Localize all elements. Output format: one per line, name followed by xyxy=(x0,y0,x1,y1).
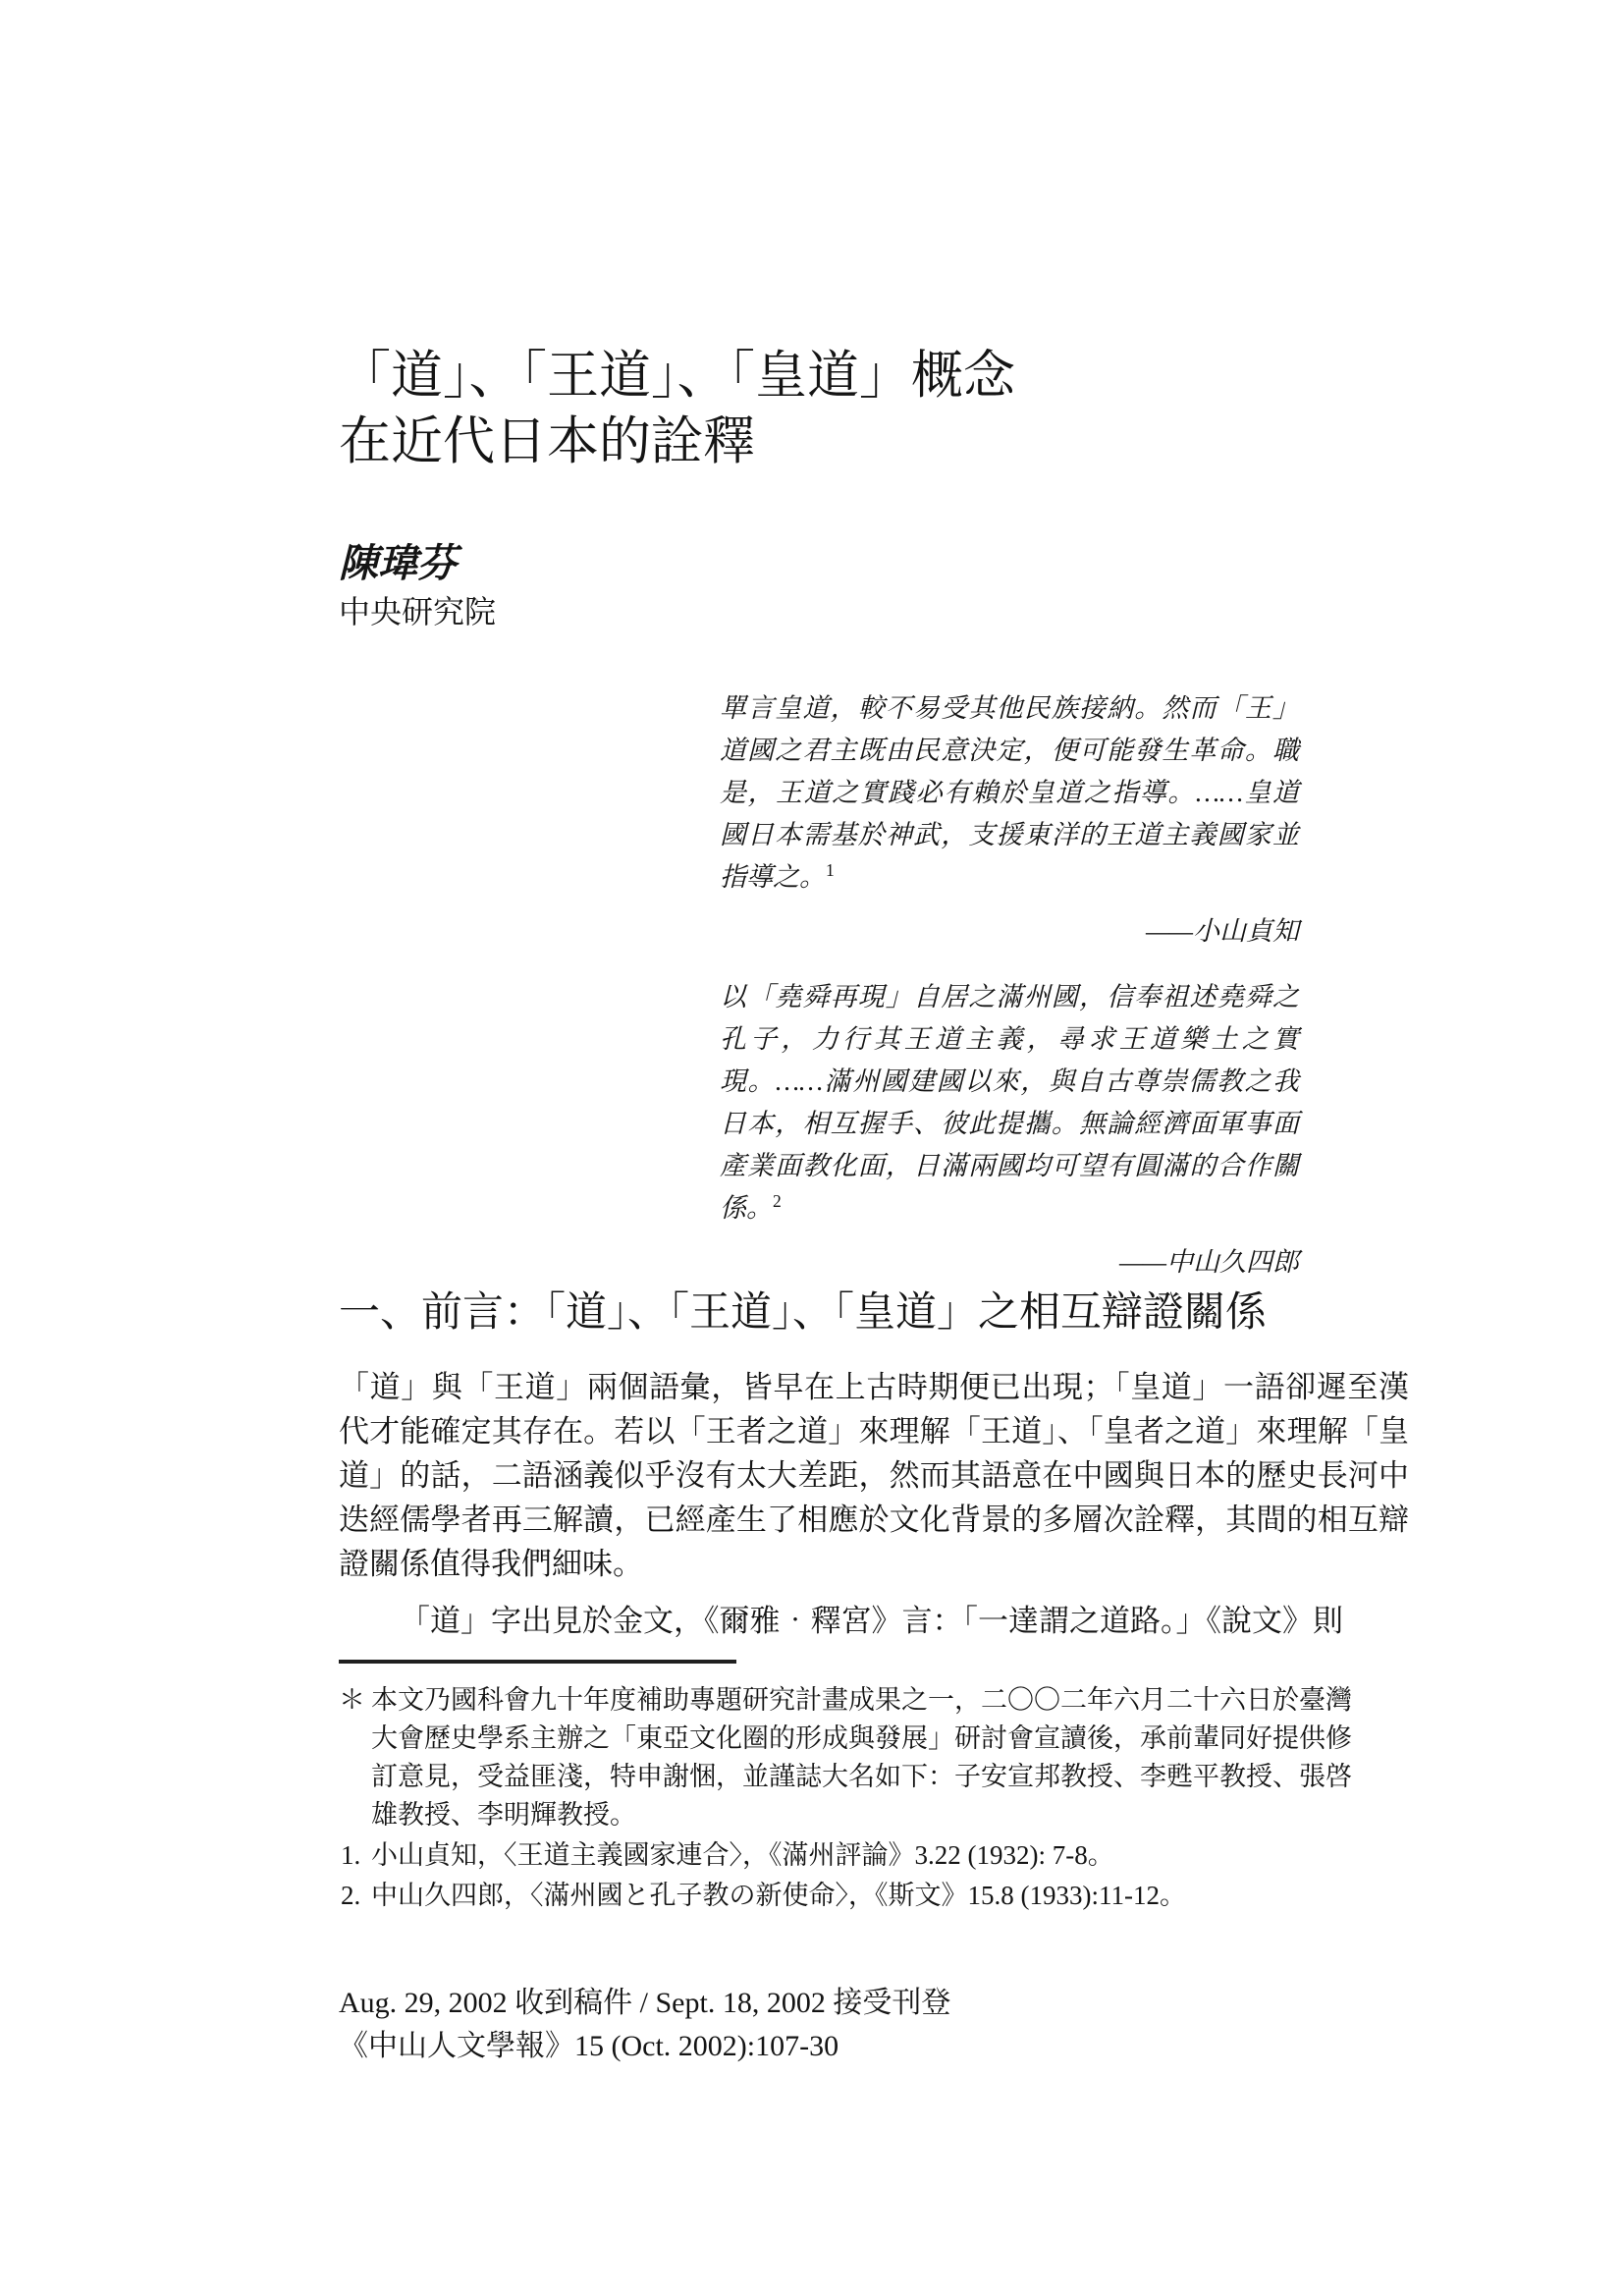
journal-citation-line: 《中山人文學報》15 (Oct. 2002):107-30 xyxy=(339,2025,1409,2068)
footnotes: ＊ 本文乃國科會九十年度補助專題研究計畫成果之一，二〇〇二年六月二十六日於臺灣 … xyxy=(339,1681,1414,1915)
footnote-ref-2: 2 xyxy=(773,1191,782,1211)
title-line-2: 在近代日本的詮釋 xyxy=(339,410,1409,475)
paragraph-line: 證關係值得我們細味。 xyxy=(339,1542,1409,1586)
epigraph-attribution-2: ——中山久四郎 xyxy=(720,1241,1299,1284)
section-heading: 一、前言：「道」、「王道」、「皇道」之相互辯證關係 xyxy=(339,1288,1478,1338)
received-accepted-line: Aug. 29, 2002 收到稿件 / Sept. 18, 2002 接受刊登 xyxy=(339,1982,1409,2025)
paragraph-line: 代才能確定其存在。若以「王者之道」來理解「王道」、「皇者之道」來理解「皇 xyxy=(339,1409,1409,1453)
footnote-line: 本文乃國科會九十年度補助專題研究計畫成果之一，二〇〇二年六月二十六日於臺灣 xyxy=(371,1681,1414,1720)
author-name: 陳瑋芬 xyxy=(339,532,457,588)
footnote-2: 2. 中山久四郎，〈滿州國と孔子教の新使命〉，《斯文》15.8 (1933):1… xyxy=(339,1877,1414,1915)
epigraph-last-line-text: 指導之。 xyxy=(720,862,826,892)
epigraph-line: 國日本需基於神武，支援東洋的王道主義國家並 xyxy=(720,814,1299,856)
footnote-1: 1. 小山貞知，〈王道主義國家連合〉，《滿州評論》3.22 (1932): 7-… xyxy=(339,1836,1414,1875)
footnote-2-marker: 2. xyxy=(341,1877,360,1915)
paragraph-line: 「道」與「王道」兩個語彙，皆早在上古時期便已出現；「皇道」一語卻遲至漢 xyxy=(339,1365,1409,1409)
footnote-line: 雄教授、李明輝教授。 xyxy=(371,1796,1414,1834)
footnote-separator-rule xyxy=(339,1660,736,1664)
epigraph-line: 道國之君主既由民意決定，便可能發生革命。職 xyxy=(720,730,1299,772)
footnote-1-marker: 1. xyxy=(341,1836,360,1875)
footnote-star-marker: ＊ xyxy=(339,1681,365,1720)
epigraph-line: 產業面教化面，日滿兩國均可望有圓滿的合作關 xyxy=(720,1145,1299,1187)
body-paragraph-2: 「道」字出見於金文，《爾雅‧釋宮》言：「一達謂之道路。」《說文》則 xyxy=(339,1599,1409,1643)
footnote-line: 中山久四郎，〈滿州國と孔子教の新使命〉，《斯文》15.8 (1933):11-1… xyxy=(371,1877,1414,1915)
epigraph-line: 孔子，力行其王道主義，尋求王道樂土之實 xyxy=(720,1018,1299,1061)
paper-page: 「道」、「王道」、「皇道」概念 在近代日本的詮釋 陳瑋芬 中央研究院 單言皇道，… xyxy=(0,0,1623,2296)
epigraph-line: 是，王道之實踐必有賴於皇道之指導。……皇道 xyxy=(720,772,1299,814)
footnote-line: 小山貞知，〈王道主義國家連合〉，《滿州評論》3.22 (1932): 7-8。 xyxy=(371,1836,1414,1875)
footnote-ref-1: 1 xyxy=(826,860,835,880)
epigraph-line: 以「堯舜再現」自居之滿州國，信奉祖述堯舜之 xyxy=(720,976,1299,1018)
epigraph-line: 日本，相互握手、彼此提攜。無論經濟面軍事面 xyxy=(720,1103,1299,1145)
footnote-star: ＊ 本文乃國科會九十年度補助專題研究計畫成果之一，二〇〇二年六月二十六日於臺灣 … xyxy=(339,1681,1414,1834)
epigraph-last-line: 指導之。1 xyxy=(720,856,1299,899)
epigraph-last-line: 係。2 xyxy=(720,1187,1299,1230)
publication-info: Aug. 29, 2002 收到稿件 / Sept. 18, 2002 接受刊登… xyxy=(339,1982,1409,2068)
author-affiliation: 中央研究院 xyxy=(339,587,496,632)
epigraph-2: 以「堯舜再現」自居之滿州國，信奉祖述堯舜之 孔子，力行其王道主義，尋求王道樂土之… xyxy=(720,976,1299,1284)
body-paragraph-1: 「道」與「王道」兩個語彙，皆早在上古時期便已出現；「皇道」一語卻遲至漢 代才能確… xyxy=(339,1365,1409,1586)
page-title: 「道」、「王道」、「皇道」概念 在近代日本的詮釋 xyxy=(339,344,1409,475)
footnote-line: 大會歷史學系主辦之「東亞文化圈的形成與發展」研討會宣讀後，承前輩同好提供修 xyxy=(371,1720,1414,1758)
epigraph-line: 單言皇道，較不易受其他民族接納。然而「王」 xyxy=(720,687,1299,730)
epigraph-line: 現。……滿州國建國以來，與自古尊崇儒教之我 xyxy=(720,1061,1299,1103)
paragraph-line: 「道」字出見於金文，《爾雅‧釋宮》言：「一達謂之道路。」《說文》則 xyxy=(400,1599,1409,1643)
epigraph-attribution-1: ——小山貞知 xyxy=(720,910,1299,953)
title-line-1: 「道」、「王道」、「皇道」概念 xyxy=(339,344,1409,410)
epigraph-last-line-text: 係。 xyxy=(720,1193,773,1223)
paragraph-line: 迭經儒學者再三解讀，已經產生了相應於文化背景的多層次詮釋，其間的相互辯 xyxy=(339,1498,1409,1542)
footnote-line: 訂意見，受益匪淺，特申謝悃，並謹誌大名如下：子安宣邦教授、李甦平教授、張啓 xyxy=(371,1758,1414,1796)
epigraph-1: 單言皇道，較不易受其他民族接納。然而「王」 道國之君主既由民意決定，便可能發生革… xyxy=(720,687,1299,953)
paragraph-line: 道」的話，二語涵義似乎沒有太大差距，然而其語意在中國與日本的歷史長河中 xyxy=(339,1453,1409,1498)
